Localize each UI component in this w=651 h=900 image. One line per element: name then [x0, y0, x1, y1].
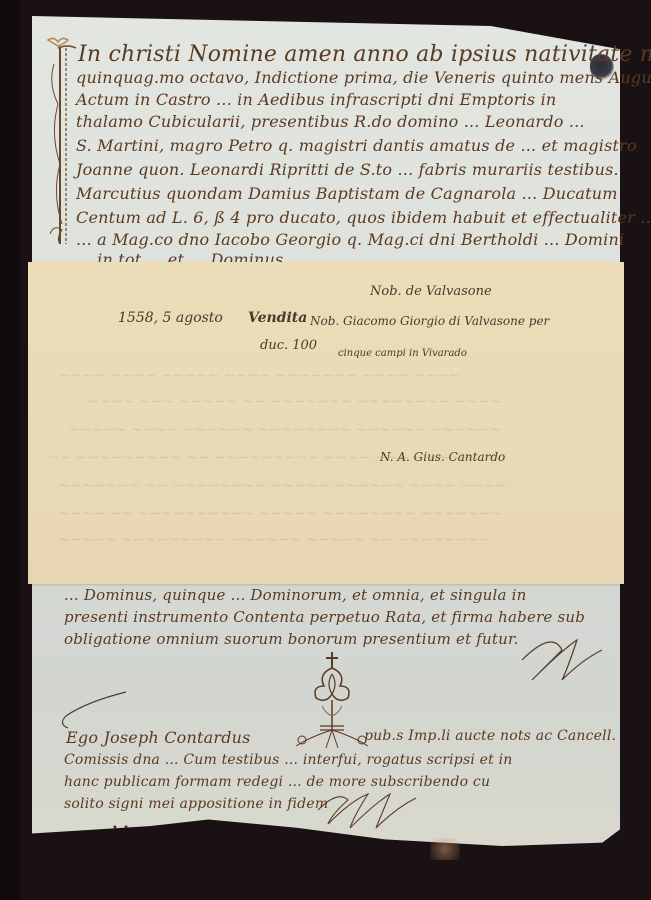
bleed-through-text: ~~~~~ ~~~~~~~~~ ~~~~~~ ~~~~~ ~~ ~~~~~~~~	[58, 532, 491, 548]
bleed-through-text: ~~~~~~~ ~~ ~~~~~~~~ ~~~~~ ~~~~~~ ~~~~ ~~…	[58, 478, 507, 494]
note-signature: N. A. Gius. Cantardo	[380, 450, 505, 464]
note-text: cinque campi in Vivarado	[338, 348, 467, 359]
bleed-through-text: ~~~~ ~~ ~~~~~~~~~~ ~~~~~ ~~~~~~~~ ~~~~~~…	[58, 506, 503, 522]
scan-frame-border	[0, 0, 20, 900]
note-header: Nob. de Valvasone	[370, 284, 492, 299]
archival-note-slip: ~~~~ ~~~~ ~~~~~ ~~~~ ~~~~~~~ ~~~~ ~~~~ ~…	[28, 262, 624, 584]
water-stain	[430, 838, 460, 860]
notary-name: Ego Joseph Contardus	[66, 728, 251, 747]
bleed-through-text: ~~~~ ~~~ ~~~~~ ~~ ~~~~~~~ ~~~~~~~~ ~~~~	[88, 394, 502, 410]
bleed-through-text: ~~~~ ~~~~ ~~~~~ ~~~~ ~~~~~~~ ~~~~ ~~~~	[58, 368, 460, 384]
text-line: ... a Mag.co dno Iacobo Georgio q. Mag.c…	[76, 230, 624, 249]
note-date: 1558, 5 agosto	[118, 310, 223, 326]
decorated-initial-icon	[40, 34, 76, 254]
text-line: In christi Nomine amen anno ab ipsius na…	[78, 42, 651, 67]
text-line: thalamo Cubicularii, presentibus R.do do…	[76, 112, 585, 131]
text-line: hanc publicam formam redegi ... de more …	[64, 774, 490, 790]
notary-title: pub.s Imp.li aucte nots ac Cancell.	[364, 728, 616, 744]
note-amount: duc. 100	[260, 338, 317, 353]
note-label: Vendita	[248, 310, 307, 326]
text-line: S. Martini, magro Petro q. magistri dant…	[76, 136, 637, 155]
text-line: presenti instrumento Contenta perpetuo R…	[64, 608, 585, 626]
text-line: Actum in Castro ... in Aedibus infrascri…	[76, 90, 556, 109]
text-line: obligatione omnium suorum bonorum presen…	[64, 630, 519, 648]
signature-flourish-icon	[316, 790, 426, 840]
text-line: quinquag.mo octavo, Indictione prima, di…	[76, 68, 651, 87]
text-line: Centum ad L. 6, ß 4 pro ducato, quos ibi…	[76, 208, 651, 227]
bleed-through-text: ~~~~~ ~~~~ ~~~~~~ ~~~~~~~~ ~~~~~~ ~~~~~~	[68, 422, 501, 438]
ink-marks: • •	[112, 823, 130, 834]
text-line: Comissis dna ... Cum testibus ... interf…	[64, 752, 513, 768]
flourish-icon	[520, 630, 610, 690]
notary-signum-icon	[292, 650, 372, 750]
flourish-icon	[56, 690, 136, 730]
text-line: Marcutius quondam Damius Baptistam de Ca…	[76, 184, 618, 203]
text-line: Joanne quon. Leonardi Ripritti de S.to .…	[76, 160, 619, 179]
text-line: solito signi mei appositione in fidem	[64, 796, 328, 812]
note-text: Nob. Giacomo Giorgio di Valvasone per	[310, 314, 549, 328]
text-line: ... Dominus, quinque ... Dominorum, et o…	[64, 586, 527, 604]
